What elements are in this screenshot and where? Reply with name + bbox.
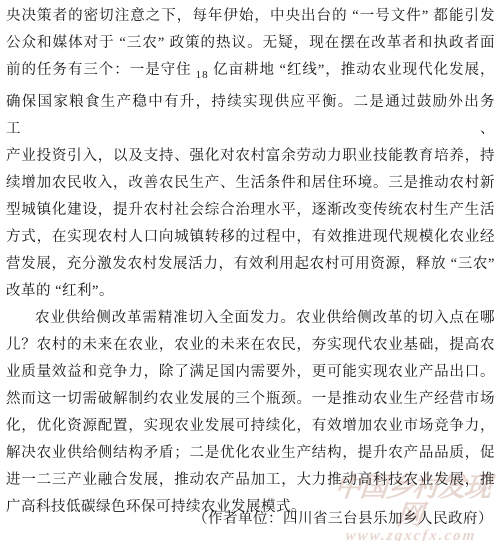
text-segment: 亿亩耕地 “红线”，推动农业现代化发展， [213,62,495,78]
text-line: 营发展，充分激发农村发展活力，有效利用起农村可用资源，释放 “三农” [6,251,495,278]
text-line: 解决农业供给侧结构矛盾；二是优化农业生产结构，提升农产品品质，促 [6,440,495,467]
text-line: 前的任务有三个：一是守住18亿亩耕地 “红线”，推动农业现代化发展， [6,57,495,89]
text-line: 化，优化资源配置，实现农业发展可持续化，有效增加农业市场竞争力， [6,413,495,440]
text-line: 公众和媒体对于 “三农” 政策的热议。无疑，现在摆在改革者和执政者面 [6,30,495,57]
author-attribution: （作者单位：四川省三台县乐加乡人民政府） [193,507,493,531]
document-text-block: 央决策者的密切注意之下，每年伊始，中央出台的 “一号文件” 都能引发 公众和媒体… [6,3,495,521]
text-line: 业质量效益和竞争力，除了满足国内需要外，更可能实现农业产品出口。 [6,359,495,386]
text-line: 方式，在实现农村人口向城镇转移的过程中，有效推进现代规模化农业经 [6,224,495,251]
text-segment: 前的任务有三个：一是守住 [6,62,192,78]
text-line: 产业投资引入，以及支持、强化对农村富余劳动力职业技能教育培养，持 [6,143,495,170]
text-line: 进一二三产业融合发展，推动农产品加工，大力推动高科技农业发展，推 [6,467,495,494]
text-line: 央决策者的密切注意之下，每年伊始，中央出台的 “一号文件” 都能引发 [6,3,495,30]
text-line: 续增加农民收入，改善农民生产、生活条件和居住环境。三是推动农村新 [6,170,495,197]
farmland-redline-number: 18 [196,69,209,81]
text-line: 确保国家粮食生产稳中有升，持续实现供应平衡。二是通过鼓励外出务工、 [6,89,495,143]
text-line: 儿？农村的未来在农业，农业的未来在农民，夯实现代农业基础，提高农 [6,332,495,359]
text-line: 然而这一切需破解制约农业发展的三个瓶颈。一是推动农业生产经营市场 [6,386,495,413]
text-line: 农业供给侧改革需精准切入全面发力。农业供给侧改革的切入点在哪 [6,305,495,332]
document-page: 央决策者的密切注意之下，每年伊始，中央出台的 “一号文件” 都能引发 公众和媒体… [0,0,503,541]
text-line: 型城镇化建设，提升农村社会综合治理水平，逐渐改变传统农村生产生活 [6,197,495,224]
text-line: 改革的 “红利”。 [6,278,495,305]
